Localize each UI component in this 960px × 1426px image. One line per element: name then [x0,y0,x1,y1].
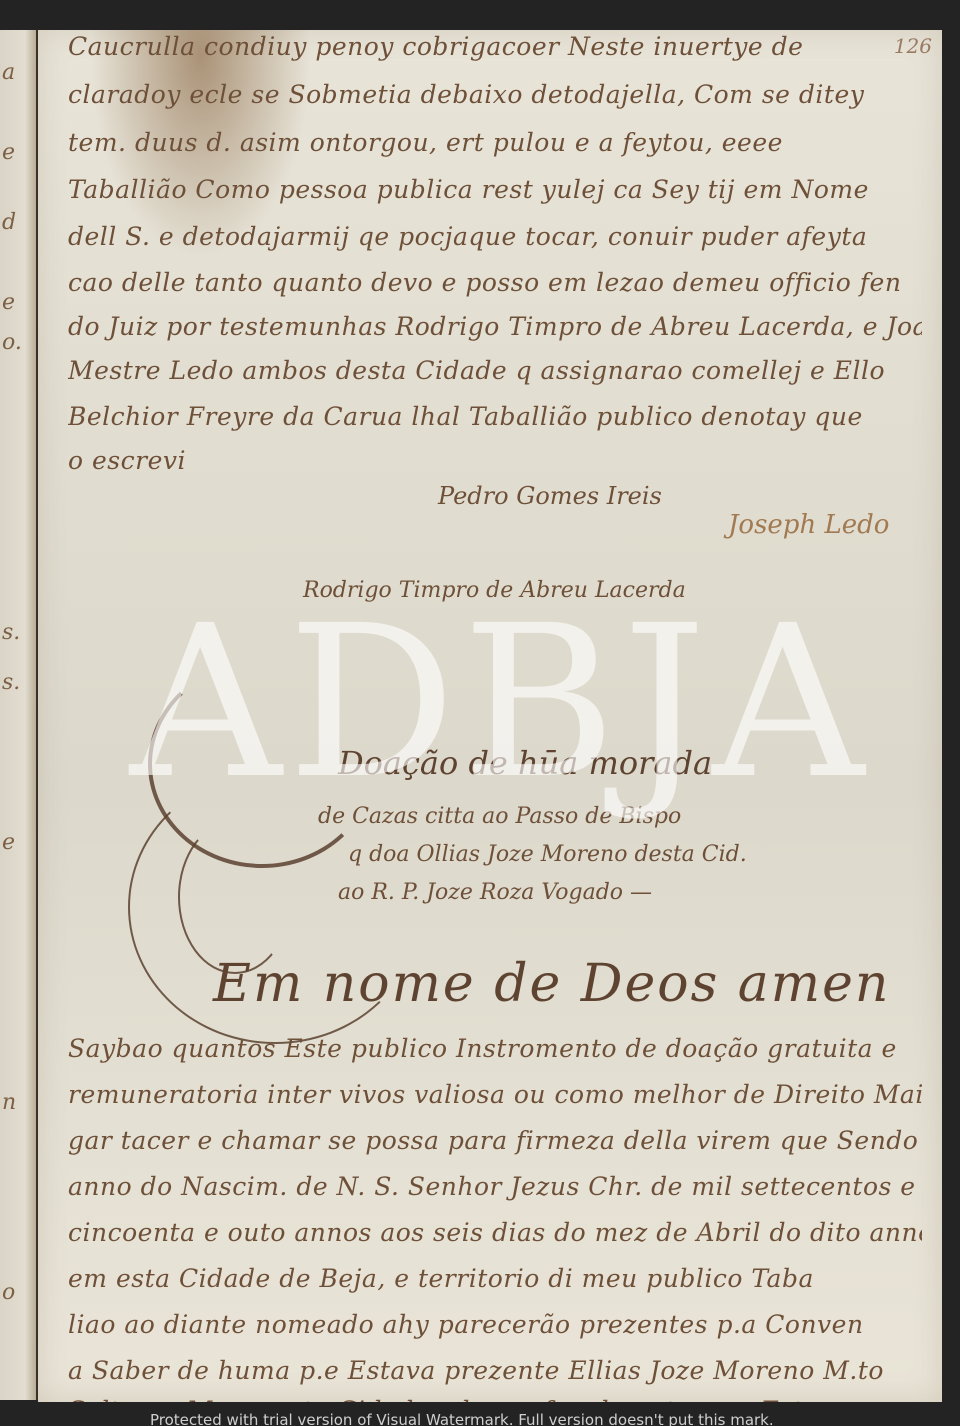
text-line: o escrevi [68,446,242,475]
margin-fragment: n [2,1090,16,1115]
text-line: tem. duus d. asim ontorgou, ert pulou e … [68,128,922,157]
manuscript-page: 126 Caucrulla condiuy penoy cobrigacoer … [38,30,942,1402]
text-line: claradoy ecle se Sobmetia debaixo detoda… [68,80,922,109]
signature-joseph-ledo: Joseph Ledo [728,510,889,540]
margin-fragment: d [2,210,16,235]
text-line: anno do Nascim. de N. S. Senhor Jezus Ch… [68,1172,922,1201]
margin-fragment: s. [2,670,20,695]
text-line: cao delle tanto quanto devo e posso em l… [68,268,922,297]
decorative-flourish [178,820,292,974]
margin-fragment: a [2,60,15,85]
margin-fragment: o [2,1280,15,1305]
text-line: a Saber de huma p.e Estava prezente Elli… [68,1356,922,1385]
section-subtitle: de Cazas citta ao Passo de Bispo [318,804,681,829]
text-line: Caucrulla condiuy penoy cobrigacoer Nest… [68,32,922,61]
signature-pedro-gomes: Pedro Gomes Ireis [438,482,662,510]
text-line: Saybao quantos Este publico Instromento … [68,1034,922,1063]
text-line: em esta Cidade de Beja, e territorio di … [68,1264,922,1293]
watermark-caption-bar: Protected with trial version of Visual W… [0,1410,960,1426]
text-line: do Juiz por testemunhas Rodrigo Timpro d… [68,312,922,341]
text-line: dell S. e detodajarmij qe pocjaque tocar… [68,222,922,251]
section-subtitle: ao R. P. Joze Roza Vogado — [338,880,652,905]
text-line: Taballião Como pessoa publica rest yulej… [68,175,922,204]
text-line: remuneratoria inter vivos valiosa ou com… [68,1080,922,1109]
text-line: cincoenta e outo annos aos seis dias do … [68,1218,922,1247]
text-line: gar tacer e chamar se possa para firmeza… [68,1126,922,1155]
facing-page-edge: a e d e o. s. s. e n o [0,30,38,1400]
signature-rodrigo: Rodrigo Timpro de Abreu Lacerda [303,578,686,603]
margin-fragment: s. [2,620,20,645]
margin-fragment: e [2,140,15,165]
watermark-caption: Protected with trial version of Visual W… [150,1411,774,1426]
invocation-heading: Em nome de Deos amen [213,954,890,1014]
margin-fragment: o. [2,330,22,355]
text-line: Belchior Freyre da Carua lhal Taballião … [68,402,922,431]
text-line: Solteyro M.or nesta Cidade e huma f.m da… [68,1396,922,1402]
text-line: Mestre Ledo ambos desta Cidade q assigna… [68,356,922,385]
section-subtitle: q doa Ollias Joze Moreno desta Cid. [348,842,747,867]
margin-fragment: e [2,830,15,855]
text-line: liao ao diante nomeado ahy parecerão pre… [68,1310,922,1339]
section-title: Doação de hūa morada [338,744,712,782]
margin-fragment: e [2,290,15,315]
